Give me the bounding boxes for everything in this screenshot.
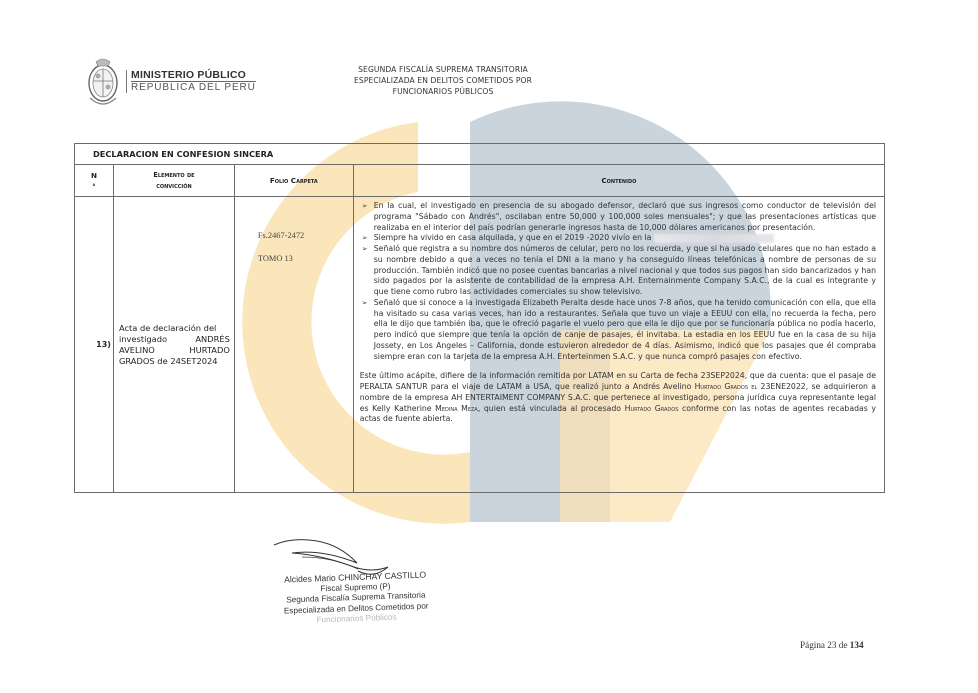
arrow-bullet-icon: ➢ (362, 233, 368, 244)
peru-coat-of-arms-icon (84, 54, 122, 110)
office-heading: SEGUNDA FISCALÍA SUPREMA TRANSITORIA ESP… (333, 64, 553, 97)
folio-volume: TOMO 13 (258, 254, 353, 263)
closing-paragraph: Este último acápite, difiere de la infor… (360, 371, 876, 425)
signature-text: Alcides Mario CHINCHAY CASTILLO Fiscal S… (270, 569, 442, 627)
content-bullet: ➢ Siempre ha vivido en casa alquilada, y… (360, 233, 876, 244)
ministry-logo-text: MINISTERIO PÚBLICO REPÚBLICA DEL PERÚ (126, 70, 256, 93)
evidence-element: Acta de declaración del investigadoANDRÉ… (113, 197, 234, 493)
column-header-folio: Folio Carpeta (234, 165, 353, 197)
content-cell: ➢ En la cual, el investigado en presenci… (353, 197, 884, 493)
content-bullet: ➢ Señaló que si conoce a la investigada … (360, 298, 876, 363)
folio-pages: Fs.2467-2472 (258, 231, 353, 240)
column-header-content: Contenido (353, 165, 884, 197)
arrow-bullet-icon: ➢ (362, 201, 368, 212)
page-number: Página 23 de 134 (800, 640, 864, 650)
table-title-row: DECLARACION EN CONFESION SINCERA (75, 144, 885, 165)
table-title: DECLARACION EN CONFESION SINCERA (75, 144, 885, 165)
content-bullet: ➢ En la cual, el investigado en presenci… (360, 201, 876, 233)
row-number: 13) (75, 197, 114, 493)
table-row: 13) Acta de declaración del investigadoA… (75, 197, 885, 493)
evidence-table: DECLARACION EN CONFESION SINCERA N ° Ele… (74, 143, 885, 493)
arrow-bullet-icon: ➢ (362, 244, 368, 255)
table-header-row: N ° Elemento de convicción Folio Carpeta… (75, 165, 885, 197)
redacted-text (654, 234, 774, 243)
column-header-element: Elemento de convicción (113, 165, 234, 197)
country-name: REPÚBLICA DEL PERÚ (131, 81, 256, 93)
folio-reference: Fs.2467-2472 TOMO 13 (234, 197, 353, 493)
office-line: FUNCIONARIOS PÚBLICOS (333, 86, 553, 97)
column-header-number: N ° (75, 165, 114, 197)
office-line: SEGUNDA FISCALÍA SUPREMA TRANSITORIA (333, 64, 553, 75)
content-bullet: ➢ Señaló que registra a su nombre dos nú… (360, 244, 876, 298)
office-line: ESPECIALIZADA EN DELITOS COMETIDOS POR (333, 75, 553, 86)
arrow-bullet-icon: ➢ (362, 298, 368, 309)
ministry-name: MINISTERIO PÚBLICO (131, 70, 256, 81)
document-page: MINISTERIO PÚBLICO REPÚBLICA DEL PERÚ SE… (0, 0, 978, 693)
